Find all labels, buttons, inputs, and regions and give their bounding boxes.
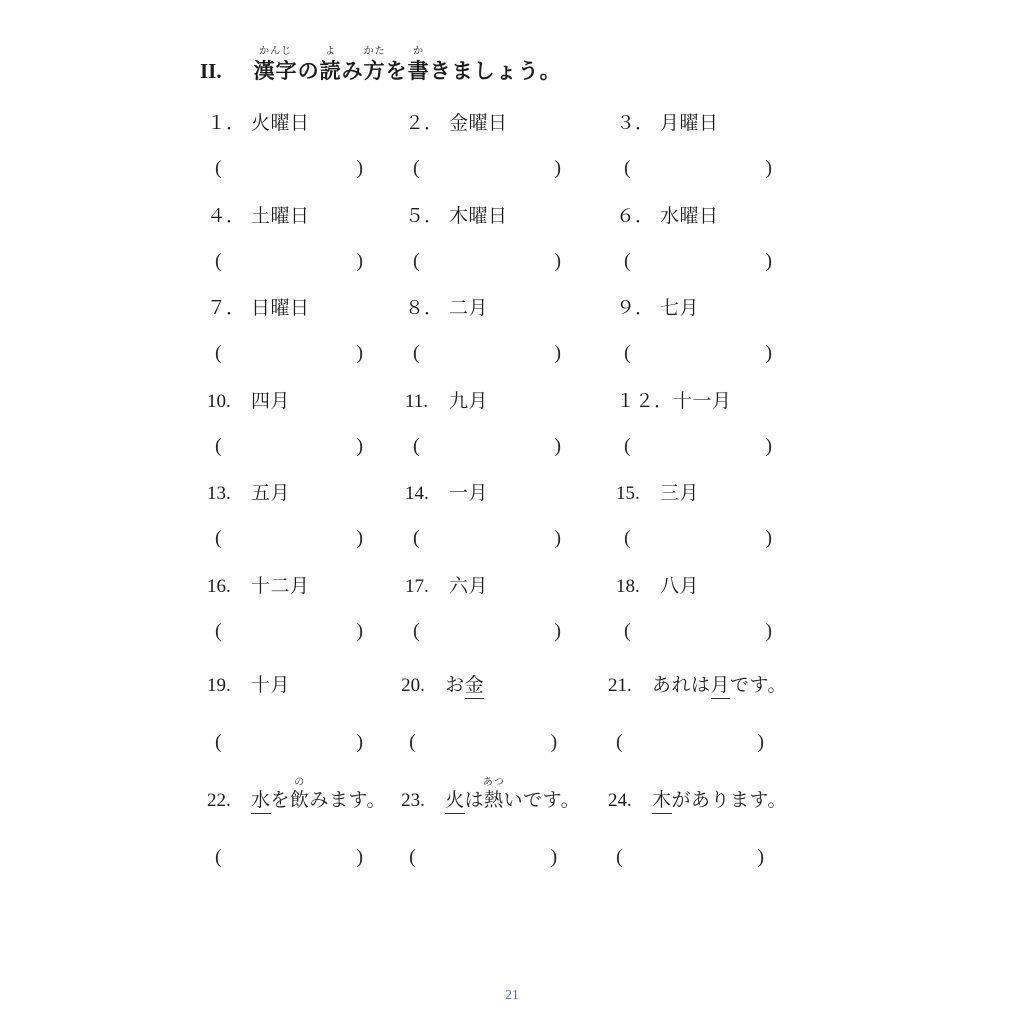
item-text: 五月 <box>251 483 290 504</box>
text-segment: きましょう。 <box>430 59 562 83</box>
worksheet-item: ４．土曜日 ( ) <box>207 205 405 298</box>
item-number: 24. <box>608 789 652 813</box>
open-paren-icon: ( <box>409 845 416 869</box>
item-label: ３．月曜日 <box>616 112 787 136</box>
item-label: ７．日曜日 <box>207 297 405 321</box>
text-segment: お <box>445 675 465 696</box>
item-text: 水を飲のみます。 <box>251 790 386 814</box>
item-row: 10.四月 ( ) 11.九月 ( ) １２．十一月 ( ) <box>207 390 787 483</box>
item-number: 18. <box>616 575 660 599</box>
close-paren-icon: ) <box>554 434 561 458</box>
text-segment: 一月 <box>449 483 488 504</box>
item-label: 13.五月 <box>207 482 405 506</box>
item-number: 20. <box>401 674 445 698</box>
item-number: ７． <box>207 297 251 321</box>
underlined-kanji: 月 <box>711 675 731 699</box>
close-paren-icon: ) <box>356 730 363 754</box>
open-paren-icon: ( <box>215 434 222 458</box>
open-paren-icon: ( <box>616 845 623 869</box>
item-text: 十二月 <box>251 576 310 597</box>
worksheet-title: 漢字かんじの読よみ方かたを書かきましょう。 <box>254 59 562 83</box>
worksheet-item: 17.六月 ( ) <box>405 575 616 674</box>
item-label: ２．金曜日 <box>405 112 616 136</box>
answer-blank: ( ) <box>413 341 561 365</box>
page-footer: 21 <box>0 987 1024 1003</box>
item-label: 10.四月 <box>207 390 405 414</box>
item-label: ５．木曜日 <box>405 205 616 229</box>
item-label: 15.三月 <box>616 482 787 506</box>
worksheet-item: ８．二月 ( ) <box>405 297 616 390</box>
answer-blank: ( ) <box>409 845 557 869</box>
text-segment: 火曜日 <box>251 113 310 134</box>
close-paren-icon: ) <box>554 526 561 550</box>
worksheet-item: 24.木があります。 ( ) <box>608 789 787 869</box>
items-grid: １．火曜日 ( ) ２．金曜日 ( ) ３．月曜日 ( ) ４．土曜日 ( ) <box>207 112 787 869</box>
answer-blank: ( ) <box>413 434 561 458</box>
worksheet-item: ９．七月 ( ) <box>616 297 787 390</box>
worksheet-item: 13.五月 ( ) <box>207 482 405 575</box>
text-segment: 十月 <box>251 675 290 696</box>
worksheet-page: II.漢字かんじの読よみ方かたを書かきましょう。 １．火曜日 ( ) ２．金曜日… <box>0 0 1024 1024</box>
open-paren-icon: ( <box>624 249 631 273</box>
worksheet-item: ３．月曜日 ( ) <box>616 112 787 205</box>
underlined-kanji: 火 <box>445 790 465 814</box>
text-segment: を <box>271 790 291 811</box>
close-paren-icon: ) <box>554 341 561 365</box>
item-row: ７．日曜日 ( ) ８．二月 ( ) ９．七月 ( ) <box>207 297 787 390</box>
item-row: 19.十月 ( ) 20.お金 ( ) 21.あれは月です。 ( ) <box>207 674 787 789</box>
text-segment: 読よ <box>320 59 342 83</box>
item-row: 22.水を飲のみます。 ( ) 23.火は熱あついです。 ( ) 24.木があり… <box>207 789 787 869</box>
worksheet-item: 11.九月 ( ) <box>405 390 616 483</box>
close-paren-icon: ) <box>356 341 363 365</box>
worksheet-item: 16.十二月 ( ) <box>207 575 405 674</box>
page-number: 21 <box>505 987 519 1002</box>
text-segment: 八月 <box>660 576 699 597</box>
answer-blank: ( ) <box>215 730 363 754</box>
close-paren-icon: ) <box>765 249 772 273</box>
item-label: ４．土曜日 <box>207 205 405 229</box>
item-text: 四月 <box>251 391 290 412</box>
worksheet-item: １２．十一月 ( ) <box>616 390 787 483</box>
answer-blank: ( ) <box>413 526 561 550</box>
item-number: ２． <box>405 112 449 136</box>
text-segment: 水曜日 <box>660 206 719 227</box>
text-segment: があります。 <box>672 790 787 811</box>
item-number: 16. <box>207 575 251 599</box>
item-number: １２． <box>616 390 673 414</box>
item-row: 13.五月 ( ) 14.一月 ( ) 15.三月 ( ) <box>207 482 787 575</box>
item-label: 19.十月 <box>207 674 401 698</box>
item-label: ９．七月 <box>616 297 787 321</box>
item-number: 17. <box>405 575 449 599</box>
open-paren-icon: ( <box>624 434 631 458</box>
open-paren-icon: ( <box>215 730 222 754</box>
open-paren-icon: ( <box>624 156 631 180</box>
item-text: 火曜日 <box>251 113 310 134</box>
text-segment: 方かた <box>364 59 386 83</box>
item-label: 21.あれは月です。 <box>608 674 787 698</box>
item-number: ４． <box>207 205 251 229</box>
text-segment: 月曜日 <box>660 113 719 134</box>
item-number: ８． <box>405 297 449 321</box>
text-segment: 熱あつ <box>484 790 504 811</box>
item-label: 24.木があります。 <box>608 789 787 813</box>
open-paren-icon: ( <box>215 156 222 180</box>
open-paren-icon: ( <box>413 619 420 643</box>
item-number: 10. <box>207 390 251 414</box>
worksheet-item: １．火曜日 ( ) <box>207 112 405 205</box>
text-segment: 漢字かんじ <box>254 59 298 83</box>
item-text: 木があります。 <box>652 790 787 814</box>
text-segment: いです。 <box>504 790 580 811</box>
text-segment: あれは <box>652 675 711 696</box>
item-number: 21. <box>608 674 652 698</box>
text-segment: の <box>298 59 320 83</box>
furigana: よ <box>325 47 336 57</box>
item-label: 14.一月 <box>405 482 616 506</box>
item-label: ６．水曜日 <box>616 205 787 229</box>
close-paren-icon: ) <box>356 619 363 643</box>
open-paren-icon: ( <box>624 341 631 365</box>
open-paren-icon: ( <box>413 249 420 273</box>
item-text: 月曜日 <box>660 113 719 134</box>
open-paren-icon: ( <box>413 434 420 458</box>
item-label: 20.お金 <box>401 674 608 698</box>
item-number: 22. <box>207 789 251 813</box>
answer-blank: ( ) <box>413 249 561 273</box>
answer-blank: ( ) <box>624 249 772 273</box>
worksheet-header: II.漢字かんじの読よみ方かたを書かきましょう。 <box>200 58 562 84</box>
open-paren-icon: ( <box>409 730 416 754</box>
answer-blank: ( ) <box>215 526 363 550</box>
item-label: 16.十二月 <box>207 575 405 599</box>
item-number: ６． <box>616 205 660 229</box>
item-label: ８．二月 <box>405 297 616 321</box>
item-text: 金曜日 <box>449 113 508 134</box>
item-text: 水曜日 <box>660 206 719 227</box>
close-paren-icon: ) <box>356 526 363 550</box>
text-segment: 金曜日 <box>449 113 508 134</box>
item-text: 九月 <box>449 391 488 412</box>
item-label: １．火曜日 <box>207 112 405 136</box>
worksheet-item: 18.八月 ( ) <box>616 575 787 674</box>
item-text: 六月 <box>449 576 488 597</box>
worksheet-item: ２．金曜日 ( ) <box>405 112 616 205</box>
item-number: 13. <box>207 482 251 506</box>
text-segment: 九月 <box>449 391 488 412</box>
worksheet-item: 14.一月 ( ) <box>405 482 616 575</box>
text-segment: を <box>386 59 408 83</box>
text-segment: みます。 <box>310 790 386 811</box>
text-segment: 四月 <box>251 391 290 412</box>
text-segment: 飲の <box>290 790 310 811</box>
item-label: 11.九月 <box>405 390 616 414</box>
open-paren-icon: ( <box>413 526 420 550</box>
answer-blank: ( ) <box>624 619 772 643</box>
open-paren-icon: ( <box>413 341 420 365</box>
text-segment: 木曜日 <box>449 206 508 227</box>
worksheet-item: 23.火は熱あついです。 ( ) <box>401 789 608 869</box>
close-paren-icon: ) <box>356 434 363 458</box>
answer-blank: ( ) <box>624 434 772 458</box>
close-paren-icon: ) <box>765 341 772 365</box>
item-label: １２．十一月 <box>616 390 787 414</box>
open-paren-icon: ( <box>215 341 222 365</box>
item-text: 日曜日 <box>251 298 310 319</box>
worksheet-item: ６．水曜日 ( ) <box>616 205 787 298</box>
item-text: 土曜日 <box>251 206 310 227</box>
item-text: あれは月です。 <box>652 675 787 699</box>
close-paren-icon: ) <box>765 526 772 550</box>
underlined-kanji: 水 <box>251 790 271 814</box>
furigana: かんじ <box>259 47 292 57</box>
text-segment: 書か <box>408 59 430 83</box>
text-segment: 五月 <box>251 483 290 504</box>
item-text: お金 <box>445 675 484 699</box>
item-text: 十月 <box>251 675 290 696</box>
answer-blank: ( ) <box>215 341 363 365</box>
item-label: 18.八月 <box>616 575 787 599</box>
item-text: 火は熱あついです。 <box>445 790 580 814</box>
open-paren-icon: ( <box>215 619 222 643</box>
open-paren-icon: ( <box>215 249 222 273</box>
worksheet-item: 20.お金 ( ) <box>401 674 608 789</box>
text-segment: 七月 <box>660 298 699 319</box>
answer-blank: ( ) <box>215 156 363 180</box>
answer-blank: ( ) <box>215 845 363 869</box>
furigana: かた <box>364 47 386 57</box>
answer-blank: ( ) <box>624 526 772 550</box>
answer-blank: ( ) <box>215 249 363 273</box>
close-paren-icon: ) <box>554 156 561 180</box>
text-segment: 三月 <box>660 483 699 504</box>
answer-blank: ( ) <box>624 156 772 180</box>
item-number: ３． <box>616 112 660 136</box>
furigana: あつ <box>483 778 505 788</box>
text-segment: 十一月 <box>673 391 732 412</box>
open-paren-icon: ( <box>624 619 631 643</box>
worksheet-item: ５．木曜日 ( ) <box>405 205 616 298</box>
item-number: ９． <box>616 297 660 321</box>
item-number: 23. <box>401 789 445 813</box>
item-row: １．火曜日 ( ) ２．金曜日 ( ) ３．月曜日 ( ) <box>207 112 787 205</box>
answer-blank: ( ) <box>409 730 557 754</box>
answer-blank: ( ) <box>624 341 772 365</box>
item-text: 十一月 <box>673 391 732 412</box>
close-paren-icon: ) <box>757 845 764 869</box>
item-number: 11. <box>405 390 449 414</box>
text-segment: 十二月 <box>251 576 310 597</box>
worksheet-item: ７．日曜日 ( ) <box>207 297 405 390</box>
text-segment: 土曜日 <box>251 206 310 227</box>
close-paren-icon: ) <box>765 156 772 180</box>
item-row: ４．土曜日 ( ) ５．木曜日 ( ) ６．水曜日 ( ) <box>207 205 787 298</box>
close-paren-icon: ) <box>550 730 557 754</box>
open-paren-icon: ( <box>215 526 222 550</box>
item-number: ５． <box>405 205 449 229</box>
text-segment: 六月 <box>449 576 488 597</box>
worksheet-item: 22.水を飲のみます。 ( ) <box>207 789 401 869</box>
text-segment: です。 <box>730 675 787 696</box>
close-paren-icon: ) <box>554 619 561 643</box>
open-paren-icon: ( <box>616 730 623 754</box>
open-paren-icon: ( <box>215 845 222 869</box>
underlined-kanji: 金 <box>465 675 485 699</box>
furigana: の <box>294 778 305 788</box>
item-number: 19. <box>207 674 251 698</box>
open-paren-icon: ( <box>413 156 420 180</box>
text-segment: は <box>465 790 485 811</box>
item-text: 二月 <box>449 298 488 319</box>
answer-blank: ( ) <box>413 156 561 180</box>
item-text: 三月 <box>660 483 699 504</box>
item-number: 15. <box>616 482 660 506</box>
open-paren-icon: ( <box>624 526 631 550</box>
worksheet-item: 10.四月 ( ) <box>207 390 405 483</box>
item-label: 17.六月 <box>405 575 616 599</box>
close-paren-icon: ) <box>757 730 764 754</box>
close-paren-icon: ) <box>765 434 772 458</box>
item-text: 七月 <box>660 298 699 319</box>
text-segment: 日曜日 <box>251 298 310 319</box>
text-segment: み <box>342 59 364 83</box>
underlined-kanji: 木 <box>652 790 672 814</box>
item-label: 23.火は熱あついです。 <box>401 789 608 813</box>
close-paren-icon: ) <box>356 845 363 869</box>
answer-blank: ( ) <box>215 434 363 458</box>
answer-blank: ( ) <box>215 619 363 643</box>
item-label: 22.水を飲のみます。 <box>207 789 401 813</box>
worksheet-item: 15.三月 ( ) <box>616 482 787 575</box>
answer-blank: ( ) <box>413 619 561 643</box>
worksheet-item: 21.あれは月です。 ( ) <box>608 674 787 789</box>
worksheet-item: 19.十月 ( ) <box>207 674 401 789</box>
item-number: 14. <box>405 482 449 506</box>
close-paren-icon: ) <box>356 249 363 273</box>
close-paren-icon: ) <box>765 619 772 643</box>
close-paren-icon: ) <box>554 249 561 273</box>
section-number: II. <box>200 58 222 84</box>
item-number: １． <box>207 112 251 136</box>
item-text: 八月 <box>660 576 699 597</box>
furigana: か <box>413 47 424 57</box>
text-segment: 二月 <box>449 298 488 319</box>
close-paren-icon: ) <box>356 156 363 180</box>
item-row: 16.十二月 ( ) 17.六月 ( ) 18.八月 ( ) <box>207 575 787 674</box>
answer-blank: ( ) <box>616 730 764 754</box>
item-text: 一月 <box>449 483 488 504</box>
close-paren-icon: ) <box>550 845 557 869</box>
item-text: 木曜日 <box>449 206 508 227</box>
answer-blank: ( ) <box>616 845 764 869</box>
